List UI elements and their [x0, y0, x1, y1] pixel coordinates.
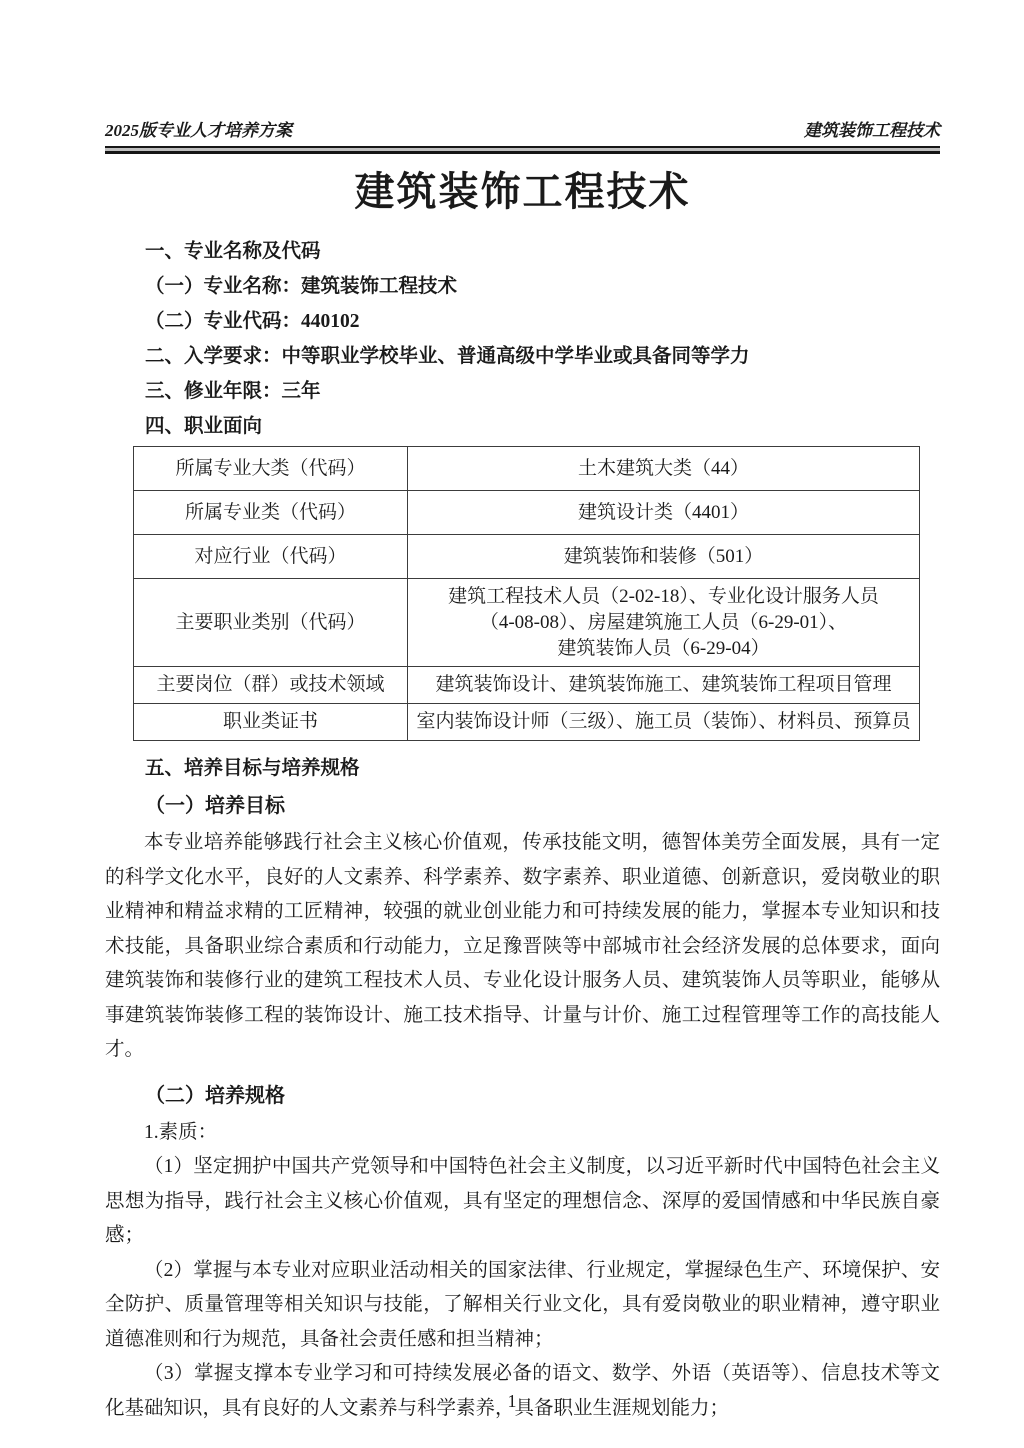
spec-item-2: （2）掌握与本专业对应职业活动相关的国家法律、行业规定，掌握绿色生产、环境保护、… — [105, 1254, 940, 1358]
cell-label: 主要职业类别（代码） — [134, 579, 408, 667]
header-left-text: 2025版专业人才培养方案 — [105, 116, 292, 141]
spec-subheading: （二）培养规格 — [105, 1082, 940, 1110]
section-1a-line: （一）专业名称：建筑装饰工程技术 — [105, 273, 940, 300]
quality-label: 1.素质： — [105, 1116, 940, 1151]
header-right-text: 建筑装饰工程技术 — [804, 116, 940, 141]
running-header: 2025版专业人才培养方案 建筑装饰工程技术 — [105, 116, 940, 146]
cell-value: 室内装饰设计师（三级）、施工员（装饰）、材料员、预算员 — [408, 704, 920, 741]
table-row: 主要职业类别（代码） 建筑工程技术人员（2-02-18）、专业化设计服务人员 （… — [134, 579, 920, 667]
cell-label: 对应行业（代码） — [134, 535, 408, 579]
section-4-heading: 四、职业面向 — [105, 413, 940, 440]
table-row: 职业类证书 室内装饰设计师（三级）、施工员（装饰）、材料员、预算员 — [134, 704, 920, 741]
section-2-line: 二、入学要求：中等职业学校毕业、普通高级中学毕业或具备同等学力 — [105, 343, 940, 370]
header-divider-rule — [105, 146, 940, 154]
cell-label: 主要岗位（群）或技术领域 — [134, 667, 408, 704]
table-row: 对应行业（代码） 建筑装饰和装修（501） — [134, 535, 920, 579]
objective-subheading: （一）培养目标 — [105, 792, 940, 820]
section-1b-line: （二）专业代码：440102 — [105, 308, 940, 335]
document-page: 2025版专业人才培养方案 建筑装饰工程技术 建筑装饰工程技术 一、专业名称及代… — [0, 0, 1024, 1448]
section-5-heading: 五、培养目标与培养规格 — [105, 755, 940, 782]
page-number: 1 — [0, 1391, 1024, 1412]
spec-item-1: （1）坚定拥护中国共产党领导和中国特色社会主义制度，以习近平新时代中国特色社会主… — [105, 1150, 940, 1254]
table-row: 主要岗位（群）或技术领域 建筑装饰设计、建筑装饰施工、建筑装饰工程项目管理 — [134, 667, 920, 704]
section-3-line: 三、修业年限：三年 — [105, 378, 940, 405]
cell-label: 职业类证书 — [134, 704, 408, 741]
page-title: 建筑装饰工程技术 — [105, 168, 940, 216]
table-row: 所属专业大类（代码） 土木建筑大类（44） — [134, 447, 920, 491]
cell-value: 建筑设计类（4401） — [408, 491, 920, 535]
objective-paragraph: 本专业培养能够践行社会主义核心价值观，传承技能文明，德智体美劳全面发展，具有一定… — [105, 826, 940, 1068]
cell-value: 建筑工程技术人员（2-02-18）、专业化设计服务人员 （4-08-08）、房屋… — [408, 579, 920, 667]
cell-label: 所属专业类（代码） — [134, 491, 408, 535]
cell-value: 建筑装饰和装修（501） — [408, 535, 920, 579]
cell-value: 土木建筑大类（44） — [408, 447, 920, 491]
section-1-heading: 一、专业名称及代码 — [105, 238, 940, 265]
career-orientation-table: 所属专业大类（代码） 土木建筑大类（44） 所属专业类（代码） 建筑设计类（44… — [133, 446, 920, 741]
cell-label: 所属专业大类（代码） — [134, 447, 408, 491]
table-row: 所属专业类（代码） 建筑设计类（4401） — [134, 491, 920, 535]
cell-value: 建筑装饰设计、建筑装饰施工、建筑装饰工程项目管理 — [408, 667, 920, 704]
